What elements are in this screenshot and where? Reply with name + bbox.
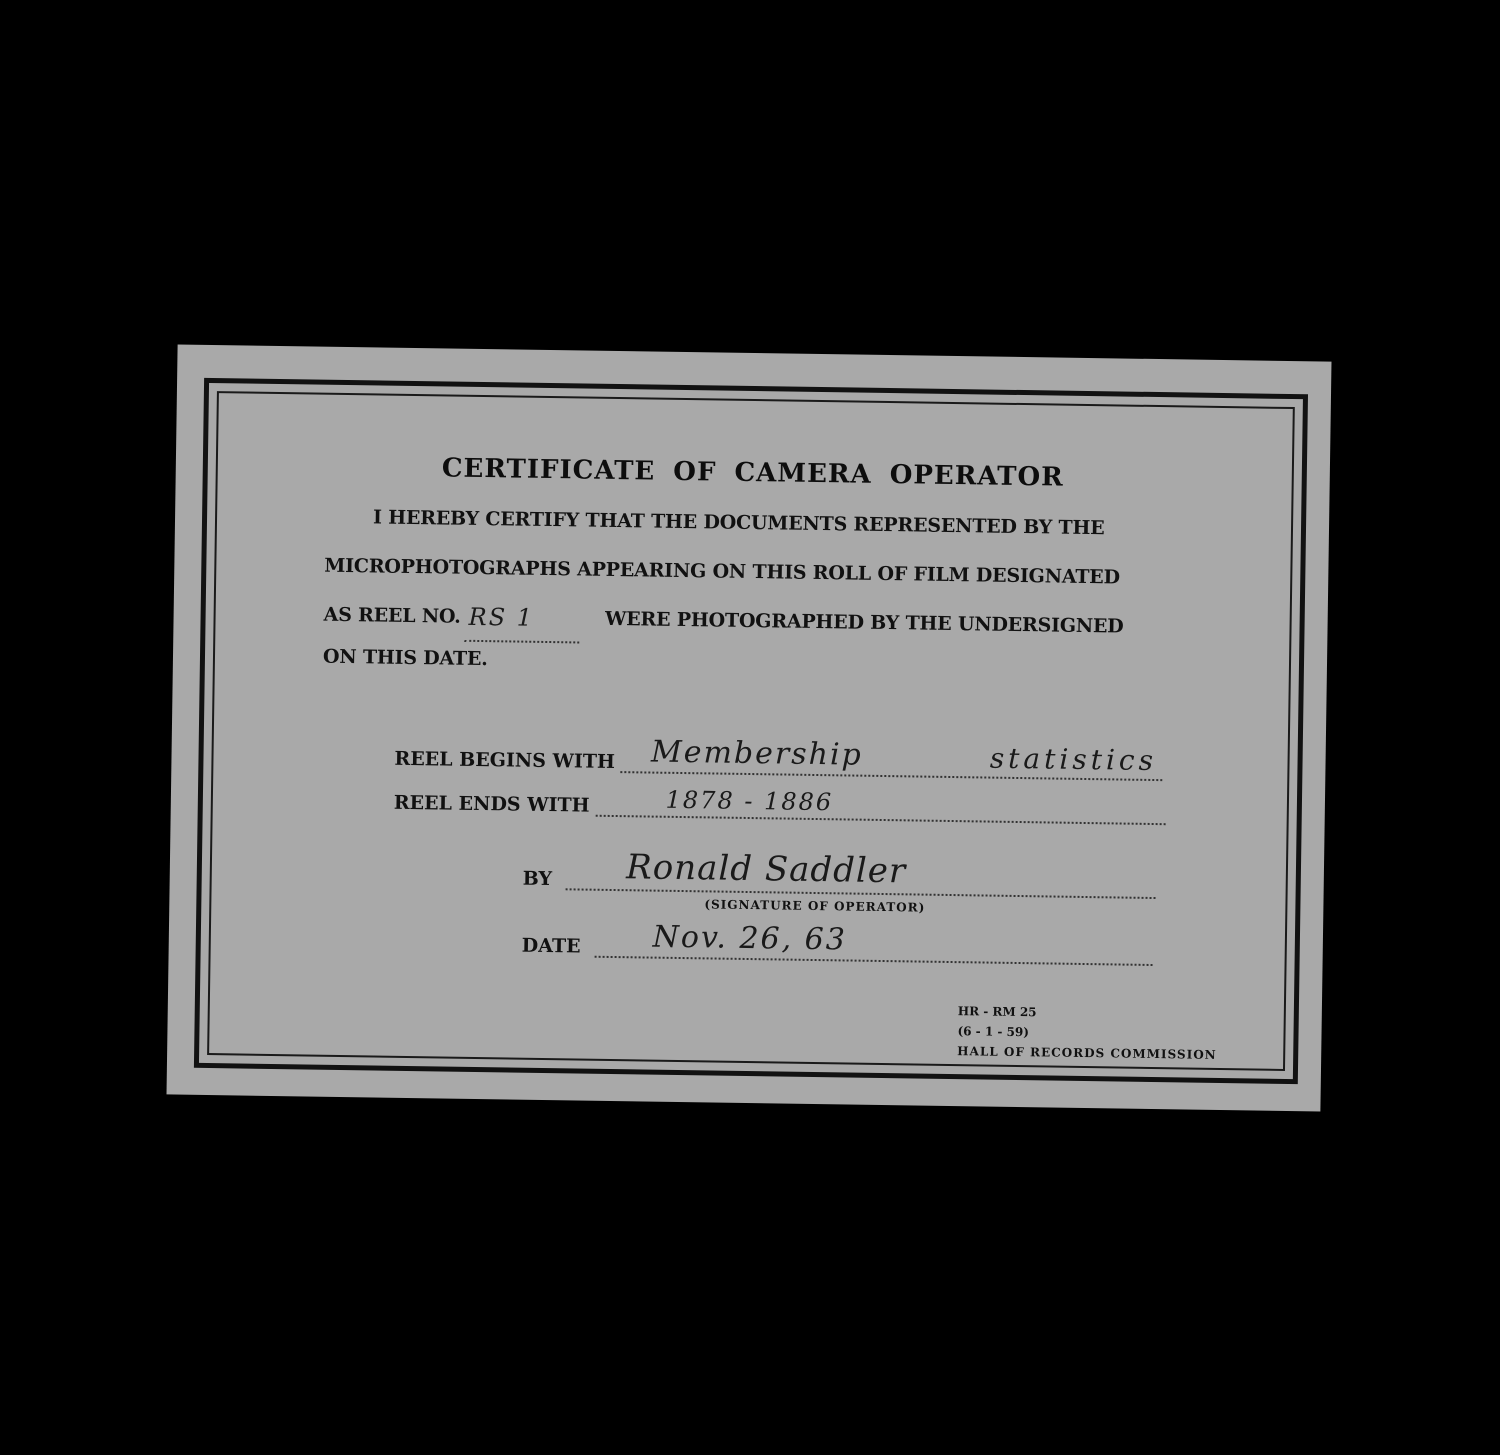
date-value: Nov. 26, 63 — [652, 920, 847, 958]
reel-begins-label: REEL BEGINS WITH — [394, 748, 615, 773]
certificate-card: CERTIFICATE OF CAMERA OPERATOR I HEREBY … — [167, 344, 1332, 1111]
reel-ends-value: 1878 - 1886 — [665, 786, 833, 816]
operator-signature: Ronald Saddler — [626, 847, 907, 891]
form-issuer: HALL OF RECORDS COMMISSION — [957, 1041, 1217, 1065]
reel-begins-field: Membership statistics — [621, 734, 1164, 781]
date-label: DATE — [522, 935, 581, 958]
certification-statement: I HEREBY CERTIFY THAT THE DOCUMENTS REPR… — [323, 493, 1126, 686]
closing-line: ON THIS DATE. — [323, 640, 488, 676]
reel-suffix: WERE PHOTOGRAPHED BY THE UNDERSIGNED — [605, 595, 1124, 652]
reel-prefix: AS REEL No. — [323, 591, 461, 642]
by-label: BY — [523, 868, 553, 890]
date-field: Nov. 26, 63 — [594, 919, 1153, 966]
signature-row: BY Ronald Saddler — [523, 846, 1157, 899]
reel-begins-value-2: statistics — [990, 742, 1158, 777]
form-identifier: HR - RM 25 (6 - 1 - 59) HALL OF RECORDS … — [957, 1001, 1217, 1065]
reel-number-value: RS 1 — [468, 593, 534, 643]
reel-begins-value-1: Membership — [651, 735, 863, 773]
reel-ends-label: REEL ENDS WITH — [394, 792, 590, 817]
signature-field: Ronald Saddler — [566, 846, 1157, 899]
